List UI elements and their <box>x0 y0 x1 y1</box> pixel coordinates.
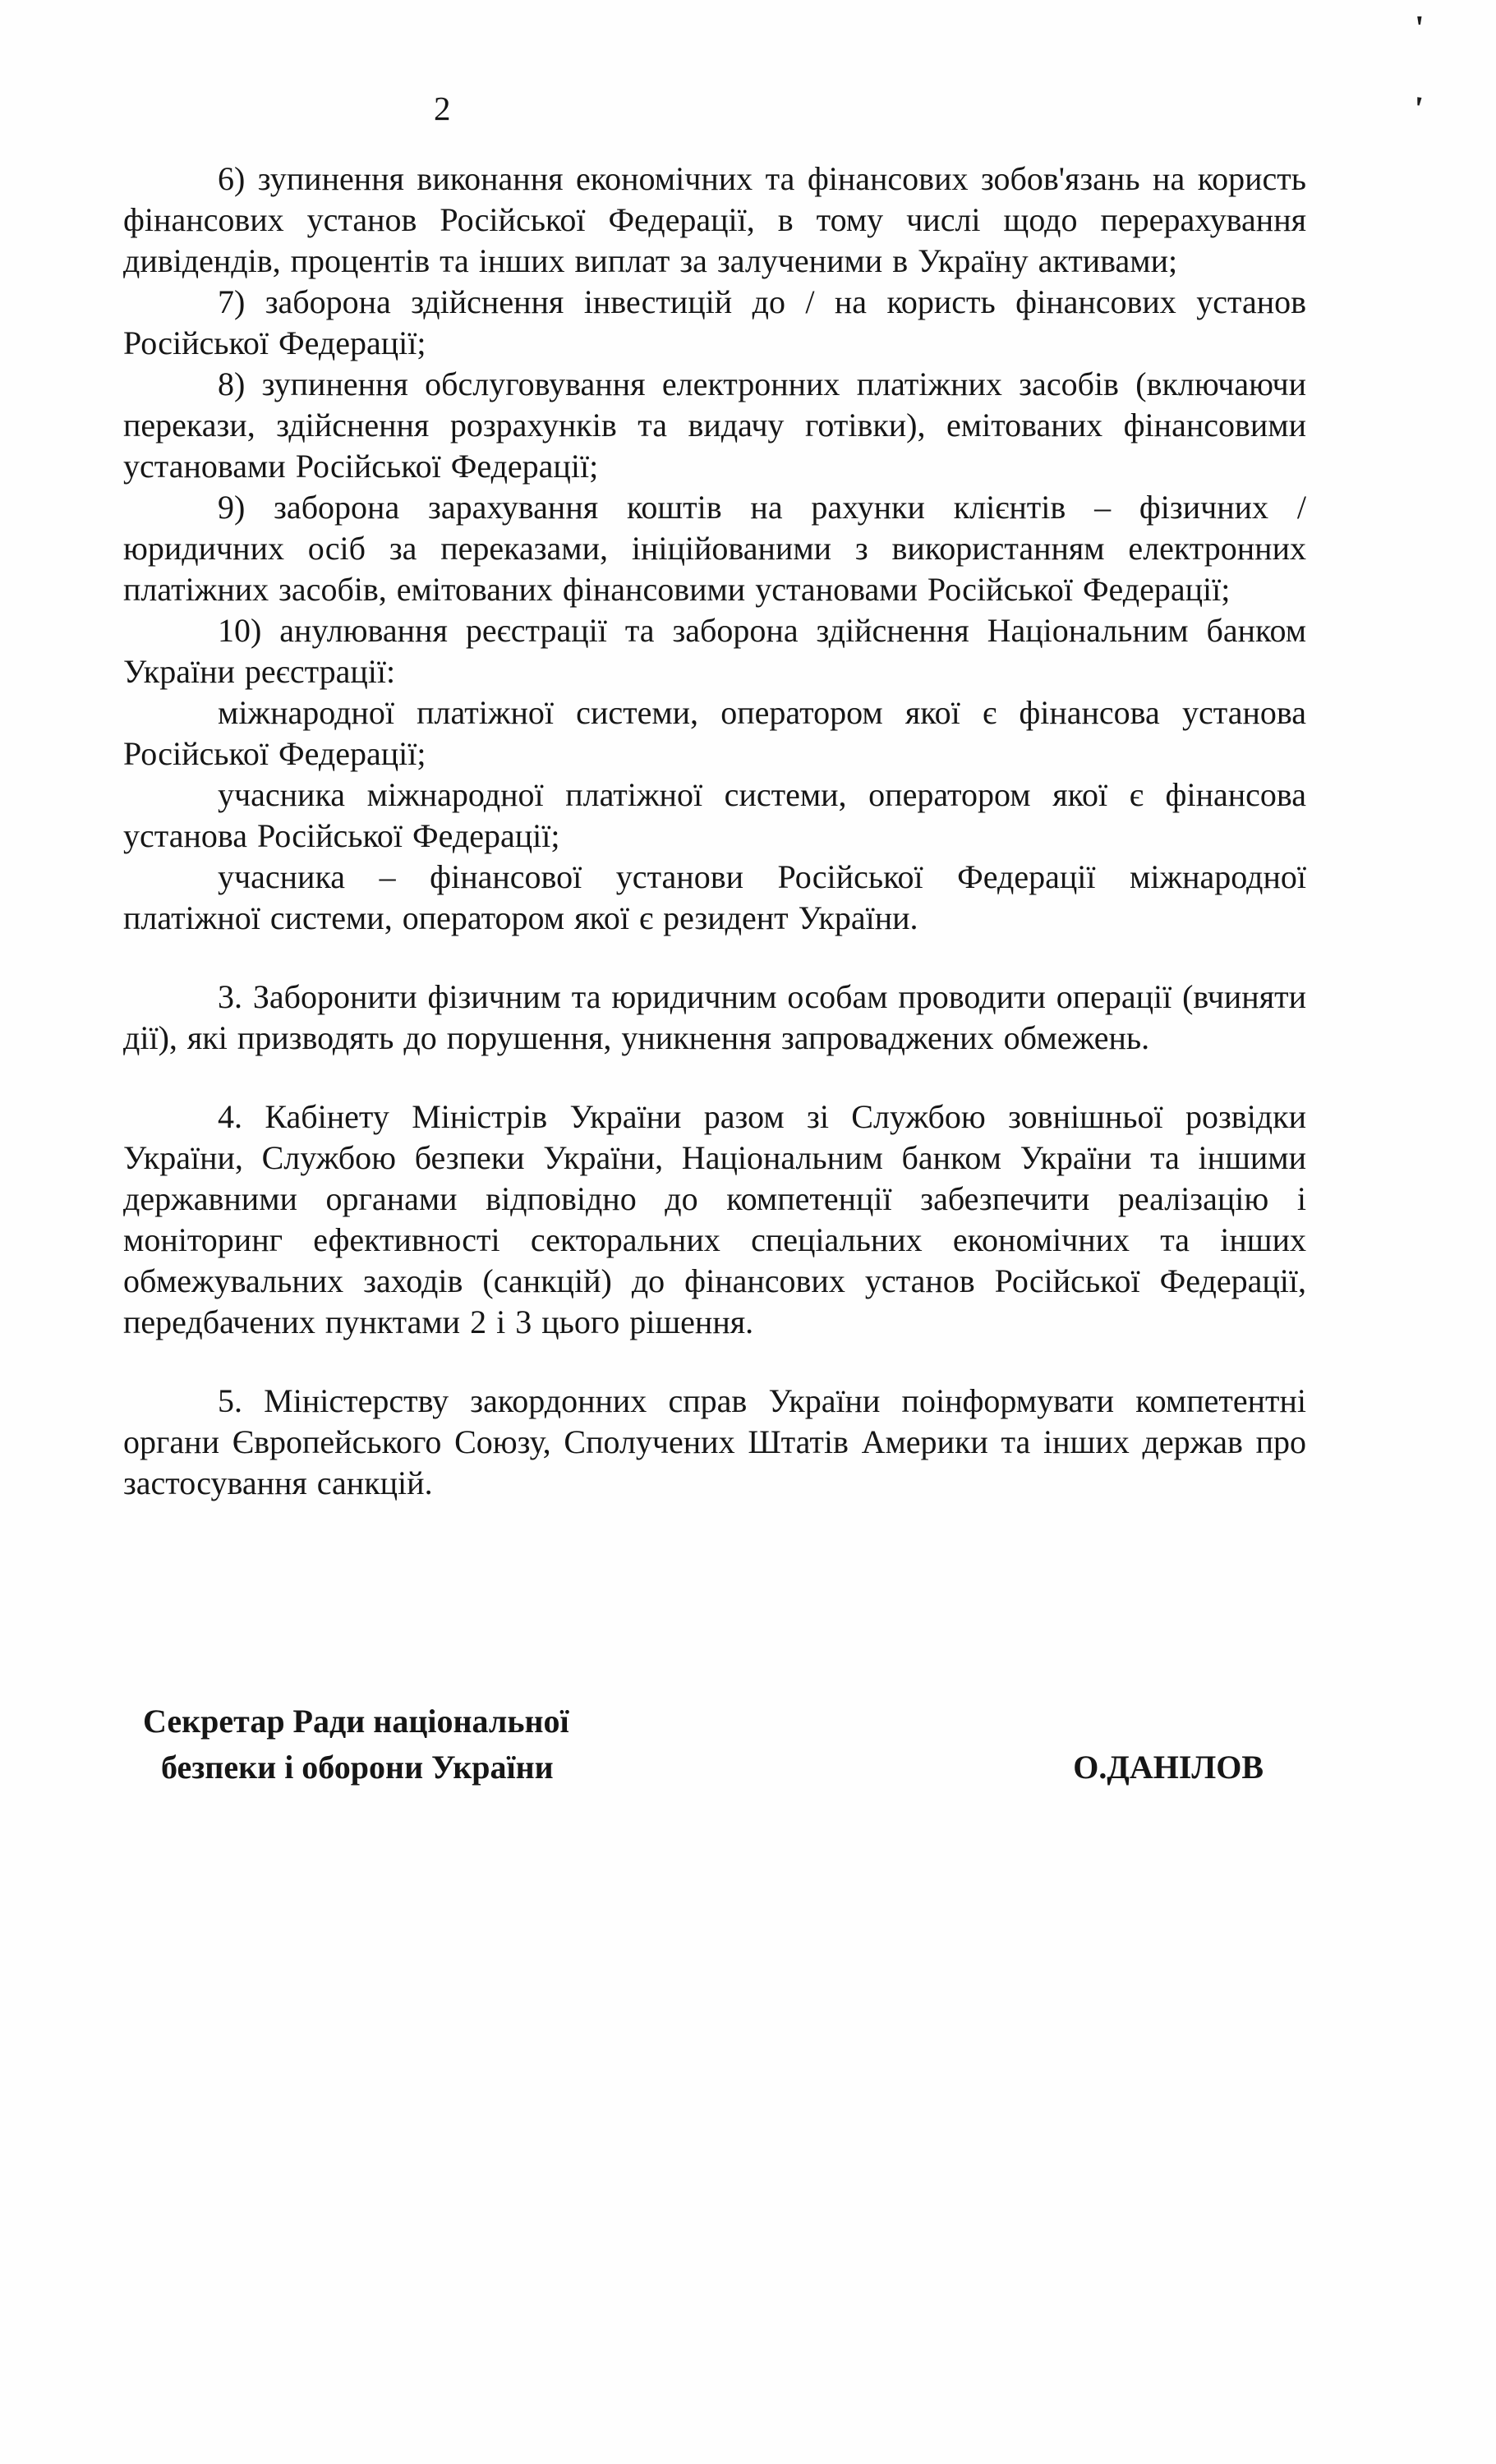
paragraph-item-8: 8) зупинення обслуговування електронних … <box>123 364 1306 487</box>
signatory-title-line2: безпеки і оборони України <box>161 1745 569 1791</box>
paragraph-item-10-sub-2: учасника міжнародної платіжної системи, … <box>123 775 1306 857</box>
signature-block: Секретар Ради національної безпеки і обо… <box>123 1699 1306 1791</box>
paragraph-item-10-sub-1: міжнародної платіжної системи, операторо… <box>123 692 1306 775</box>
paragraph-item-10-sub-3: учасника – фінансової установи Російсько… <box>123 857 1306 939</box>
signatory-name: О.ДАНІЛОВ <box>1073 1745 1264 1791</box>
scan-speck-icon: ' <box>1415 11 1425 46</box>
paragraph-item-10: 10) анулювання реєстрації та заборона зд… <box>123 610 1306 692</box>
paragraph-item-9: 9) заборона зарахування коштів на рахунк… <box>123 487 1306 610</box>
paragraph-item-6: 6) зупинення виконання економічних та фі… <box>123 159 1306 282</box>
document-page: 2 ' ' 6) зупинення виконання економічних… <box>0 0 1496 2464</box>
signatory-title: Секретар Ради національної безпеки і обо… <box>143 1699 569 1791</box>
paragraph-item-7: 7) заборона здійснення інвестицій до / н… <box>123 282 1306 364</box>
signatory-title-line1: Секретар Ради національної <box>143 1699 569 1745</box>
page-number: 2 <box>434 89 452 128</box>
paragraph-point-3: 3. Заборонити фізичним та юридичним особ… <box>123 977 1306 1059</box>
paragraph-point-5: 5. Міністерству закордонних справ Україн… <box>123 1381 1306 1504</box>
scan-speck-icon: ' <box>1411 91 1425 126</box>
paragraph-point-4: 4. Кабінету Міністрів України разом зі С… <box>123 1096 1306 1343</box>
document-body: 6) зупинення виконання економічних та фі… <box>123 159 1306 1504</box>
